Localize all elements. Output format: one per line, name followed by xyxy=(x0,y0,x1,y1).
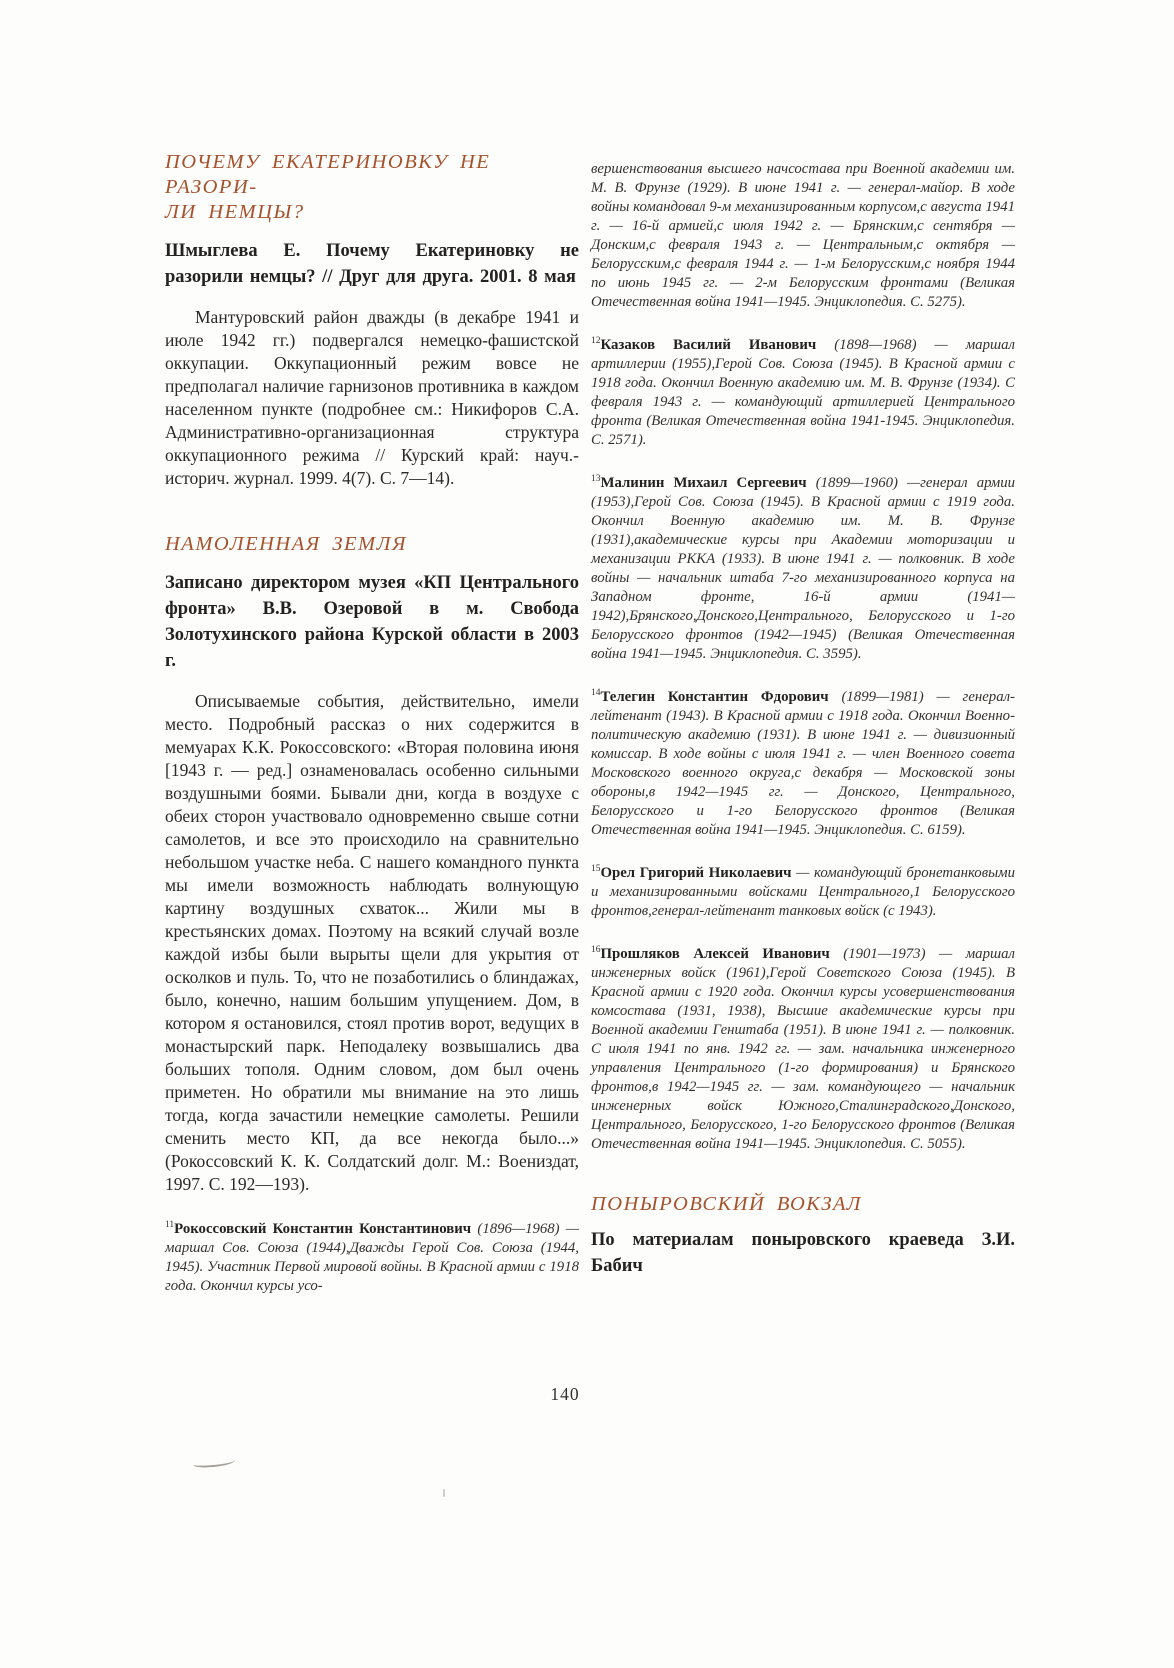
footnote-16-proshlyakov: 16Прошляков Алексей Иванович (1901—1973)… xyxy=(591,945,1015,1154)
footnote-person-name: Прошляков Алексей Иванович xyxy=(601,946,830,962)
footnote-text: (1899—1981) — генерал-лейтенант (1943). … xyxy=(591,689,1015,838)
footnote-14-telegin: 14Телегин Константин Фдорович (1899—1981… xyxy=(591,688,1015,840)
heading-line: ПОЧЕМУ ЕКАТЕРИНОВКУ НЕ РАЗОРИ- xyxy=(165,150,579,200)
footnote-person-name: Орел Григорий Николаевич xyxy=(601,865,792,881)
source-citation-ozerova: Записано директором музея «КП Центрально… xyxy=(165,570,579,674)
section-heading-ponyrovsky-vokzal: ПОНЫРОВСКИЙ ВОКЗАЛ xyxy=(591,1192,1015,1217)
page-number: 140 xyxy=(165,1384,965,1405)
footnote-15-orel: 15Орел Григорий Николаевич — командующий… xyxy=(591,864,1015,921)
footnote-person-name: Казаков Василий Иванович xyxy=(601,337,817,353)
footnote-number: 13 xyxy=(591,474,601,484)
footnote-12-kazakov: 12Казаков Василий Иванович (1898—1968) —… xyxy=(591,336,1015,450)
scan-smudge xyxy=(443,1489,445,1497)
footnote-text: (1899—1960) —генерал армии (1953),Герой … xyxy=(591,475,1015,662)
section-heading-namolennaya-zemlya: НАМОЛЕННАЯ ЗЕМЛЯ xyxy=(165,532,579,557)
footnote-11-continuation: вершенствования высшего начсостава при В… xyxy=(591,160,1015,312)
heading-line: ЛИ НЕМЦЫ? xyxy=(165,200,579,225)
footnote-number: 11 xyxy=(165,1220,174,1230)
footnote-number: 16 xyxy=(591,945,601,955)
footnote-number: 12 xyxy=(591,336,601,346)
footnote-person-name: Телегин Константин Фдорович xyxy=(601,689,829,705)
right-column: вершенствования высшего начсостава при В… xyxy=(591,160,1015,1279)
footnote-13-malinin: 13Малинин Михаил Сергеевич (1899—1960) —… xyxy=(591,474,1015,664)
source-citation-babich: По материалам поныровского краеведа З.И.… xyxy=(591,1227,1015,1279)
footnote-person-name: Рокоссовский Константин Константинович xyxy=(174,1221,471,1237)
scan-smudge xyxy=(193,1457,236,1469)
footnote-number: 15 xyxy=(591,864,601,874)
footnote-text: (1898—1968) — маршал артиллерии (1955),Г… xyxy=(591,337,1015,448)
left-column: ПОЧЕМУ ЕКАТЕРИНОВКУ НЕ РАЗОРИ- ЛИ НЕМЦЫ?… xyxy=(165,150,579,1296)
footnote-text: (1901—1973) — маршал инженерных войск (1… xyxy=(591,946,1015,1152)
book-page: ПОЧЕМУ ЕКАТЕРИНОВКУ НЕ РАЗОРИ- ЛИ НЕМЦЫ?… xyxy=(0,0,1174,1668)
body-paragraph-rokossovsky-memoir: Описываемые события, действительно, имел… xyxy=(165,690,579,1196)
footnote-11-rokossovsky: 11Рокоссовский Константин Константинович… xyxy=(165,1220,579,1296)
source-citation-shmygleva: Шмыглева Е. Почему Екатериновку не разор… xyxy=(165,238,579,290)
body-paragraph-manturovsky: Мантуровский район дважды (в декабре 194… xyxy=(165,306,579,490)
footnote-person-name: Малинин Михаил Сергеевич xyxy=(601,475,807,491)
section-heading-why-ekaterinovka: ПОЧЕМУ ЕКАТЕРИНОВКУ НЕ РАЗОРИ- ЛИ НЕМЦЫ? xyxy=(165,150,579,225)
footnote-number: 14 xyxy=(591,688,601,698)
